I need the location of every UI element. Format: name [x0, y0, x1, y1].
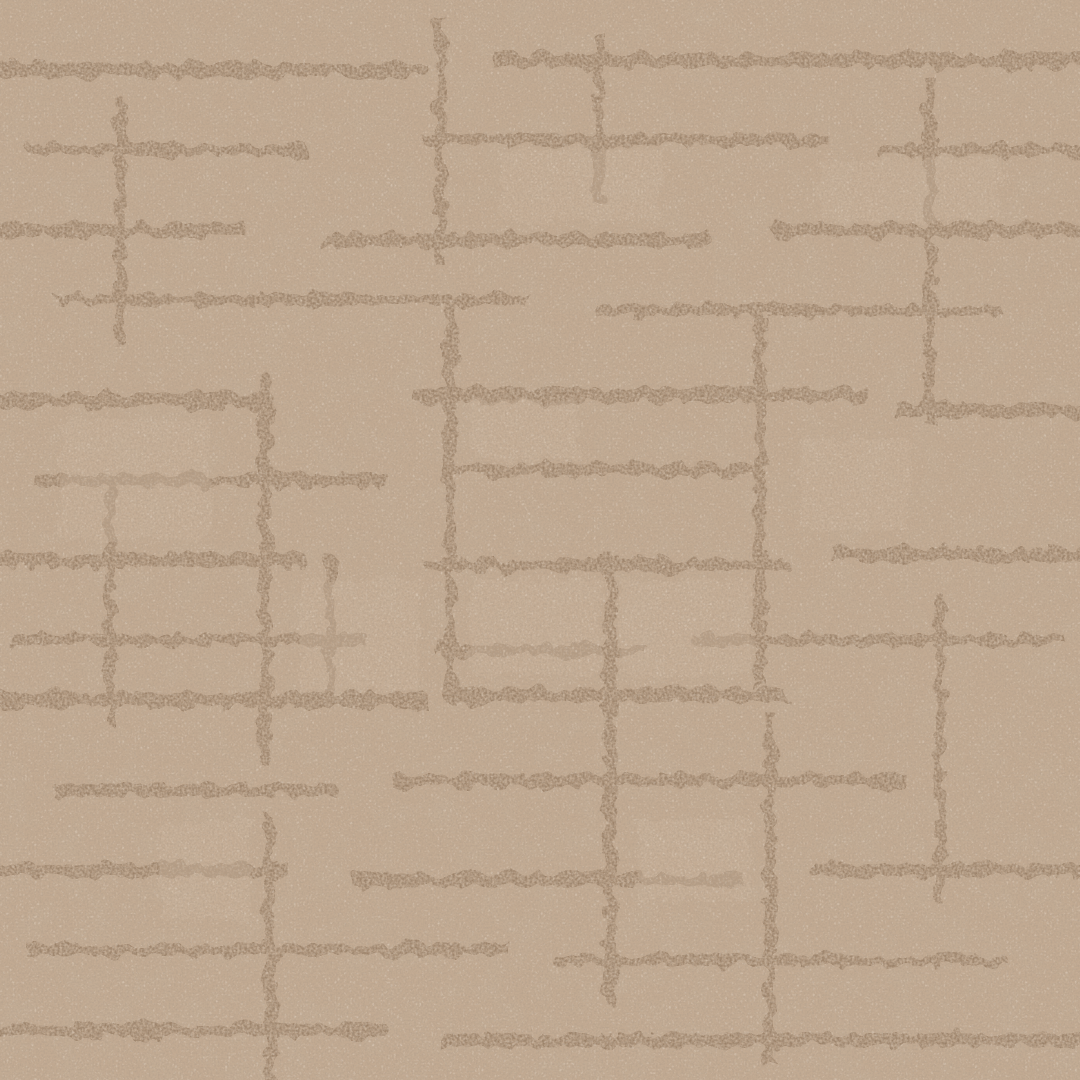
carpet-texture-graphic — [0, 0, 1080, 1080]
carpet-texture-photo: Beige textured Berber carpet swatch — [0, 0, 1080, 1080]
